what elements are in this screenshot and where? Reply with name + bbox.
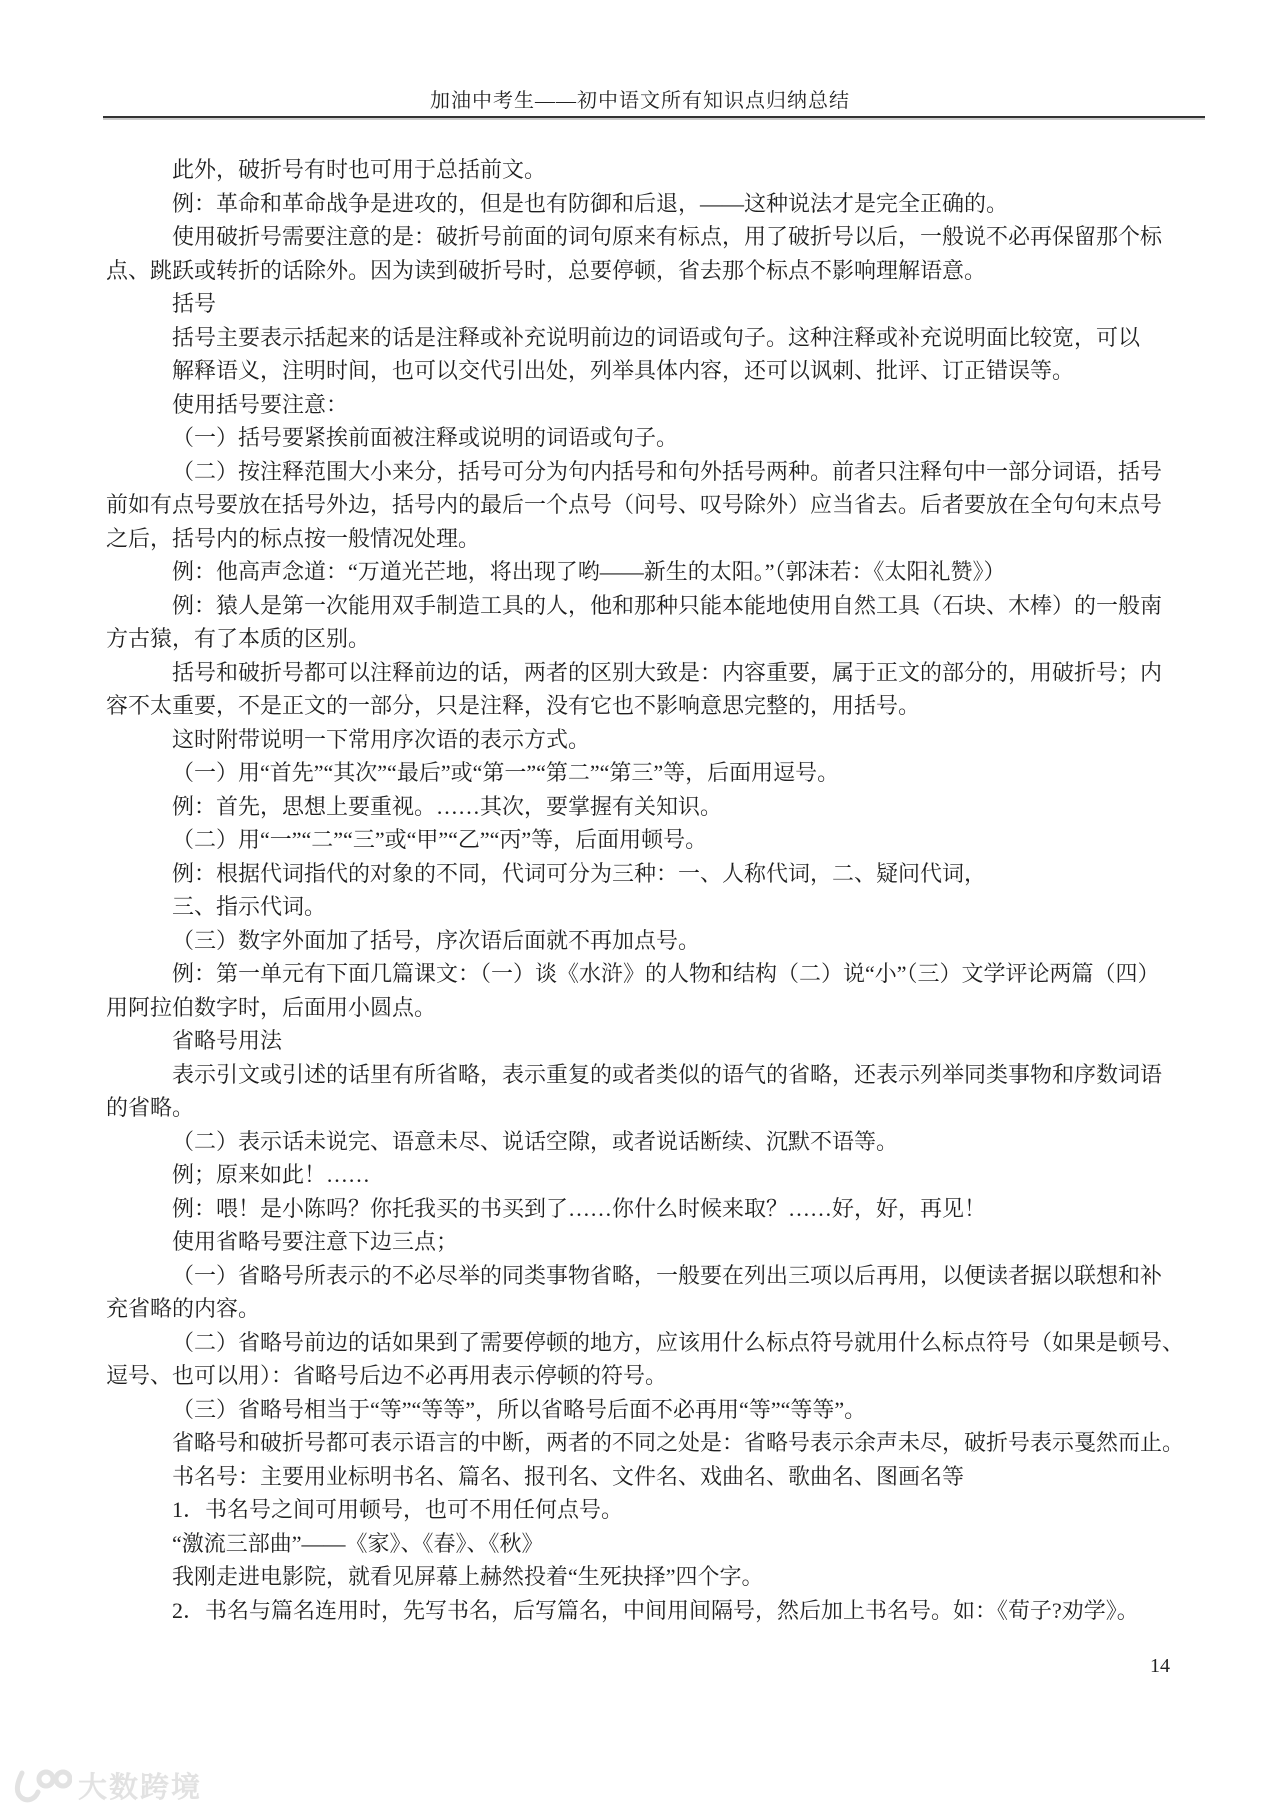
text-line: 充省略的内容。 (106, 1292, 1222, 1326)
text-line: 例：首先，思想上要重视。……其次，要掌握有关知识。 (106, 790, 1222, 824)
text-line: （三）省略号相当于“等”“等等”，所以省略号后面不必再用“等”“等等”。 (106, 1393, 1222, 1427)
document-lines: 此外，破折号有时也可用于总括前文。例：革命和革命战争是进攻的，但是也有防御和后退… (106, 153, 1222, 1627)
text-line: 例：喂！是小陈吗？你托我买的书买到了……你什么时候来取？……好，好，再见！ (106, 1192, 1222, 1226)
text-line: （三）数字外面加了括号，序次语后面就不再加点号。 (106, 924, 1222, 958)
text-line: 使用省略号要注意下边三点； (106, 1225, 1222, 1259)
text-line: 三、指示代词。 (106, 890, 1222, 924)
text-line: 书名号：主要用业标明书名、篇名、报刊名、文件名、戏曲名、歌曲名、图画名等 (106, 1460, 1222, 1494)
text-line: 的省略。 (106, 1091, 1222, 1125)
text-line: 括号和破折号都可以注释前边的话，两者的区别大致是：内容重要，属于正文的部分的，用… (106, 656, 1222, 690)
text-line: （二）按注释范围大小来分，括号可分为句内括号和句外括号两种。前者只注释句中一部分… (106, 455, 1222, 489)
watermark-logo-icon (8, 1767, 72, 1805)
text-line: 之后，括号内的标点按一般情况处理。 (106, 522, 1222, 556)
text-line: （一）括号要紧挨前面被注释或说明的词语或句子。 (106, 421, 1222, 455)
text-line: 1．书名号之间可用顿号，也可不用任何点号。 (106, 1493, 1222, 1527)
watermark-text: 大数跨境 (78, 1765, 202, 1806)
text-line: 例：第一单元有下面几篇课文：（一）谈《水浒》的人物和结构（二）说“小”（三）文学… (106, 957, 1222, 991)
header-divider-line (103, 116, 1205, 118)
text-line: 解释语义，注明时间，也可以交代引出处，列举具体内容，还可以讽刺、批评、订正错误等… (106, 354, 1222, 388)
text-line: 使用破折号需要注意的是：破折号前面的词句原来有标点，用了破折号以后，一般说不必再… (106, 220, 1222, 254)
page-number: 14 (1150, 1655, 1170, 1678)
text-line: （一）用“首先”“其次”“最后”或“第一”“第二”“第三”等，后面用逗号。 (106, 756, 1222, 790)
text-line: 括号主要表示括起来的话是注释或补充说明前边的词语或句子。这种注释或补充说明面比较… (106, 321, 1222, 355)
text-line: 例：根据代词指代的对象的不同，代词可分为三种：一、人称代词，二、疑问代词， (106, 857, 1222, 891)
text-line: 方古猿，有了本质的区别。 (106, 622, 1222, 656)
document-page: 加油中考生——初中语文所有知识点归纳总结 此外，破折号有时也可用于总括前文。例：… (0, 0, 1280, 1810)
text-line: 例：猿人是第一次能用双手制造工具的人，他和那种只能本能地使用自然工具（石块、木棒… (106, 589, 1222, 623)
text-line: 我刚走进电影院，就看见屏幕上赫然投着“生死抉择”四个字。 (106, 1560, 1222, 1594)
text-line: 例：他高声念道：“万道光芒地，将出现了哟——新生的太阳。”（郭沫若：《太阳礼赞》… (106, 555, 1222, 589)
text-line: 省略号用法 (106, 1024, 1222, 1058)
text-line: “激流三部曲”——《家》、《春》、《秋》 (106, 1527, 1222, 1561)
page-header-title: 加油中考生——初中语文所有知识点归纳总结 (0, 84, 1280, 113)
text-line: 点、跳跃或转折的话除外。因为读到破折号时，总要停顿，省去那个标点不影响理解语意。 (106, 254, 1222, 288)
text-line: 例：革命和革命战争是进攻的，但是也有防御和后退，——这种说法才是完全正确的。 (106, 187, 1222, 221)
watermark: 大数跨境 (8, 1765, 202, 1806)
text-line: 此外，破折号有时也可用于总括前文。 (106, 153, 1222, 187)
text-line: 省略号和破折号都可表示语言的中断，两者的不同之处是：省略号表示余声未尽，破折号表… (106, 1426, 1222, 1460)
text-line: 使用括号要注意： (106, 388, 1222, 422)
text-line: 这时附带说明一下常用序次语的表示方式。 (106, 723, 1222, 757)
text-line: 例；原来如此！…… (106, 1158, 1222, 1192)
text-line: （二）表示话未说完、语意未尽、说话空隙，或者说话断续、沉默不语等。 (106, 1125, 1222, 1159)
text-line: （二）省略号前边的话如果到了需要停顿的地方，应该用什么标点符号就用什么标点符号（… (106, 1326, 1222, 1360)
text-line: 容不太重要，不是正文的一部分，只是注释，没有它也不影响意思完整的，用括号。 (106, 689, 1222, 723)
text-line: 表示引文或引述的话里有所省略，表示重复的或者类似的语气的省略，还表示列举同类事物… (106, 1058, 1222, 1092)
text-line: 逗号、也可以用）：省略号后边不必再用表示停顿的符号。 (106, 1359, 1222, 1393)
text-line: 2．书名与篇名连用时，先写书名，后写篇名，中间用间隔号，然后加上书名号。如：《荀… (106, 1594, 1222, 1628)
text-line: （一）省略号所表示的不必尽举的同类事物省略，一般要在列出三项以后再用，以便读者据… (106, 1259, 1222, 1293)
text-line: 前如有点号要放在括号外边，括号内的最后一个点号（问号、叹号除外）应当省去。后者要… (106, 488, 1222, 522)
text-line: （二）用“一”“二”“三”或“甲”“乙”“丙”等，后面用顿号。 (106, 823, 1222, 857)
text-line: 括号 (106, 287, 1222, 321)
text-line: 用阿拉伯数字时，后面用小圆点。 (106, 991, 1222, 1025)
